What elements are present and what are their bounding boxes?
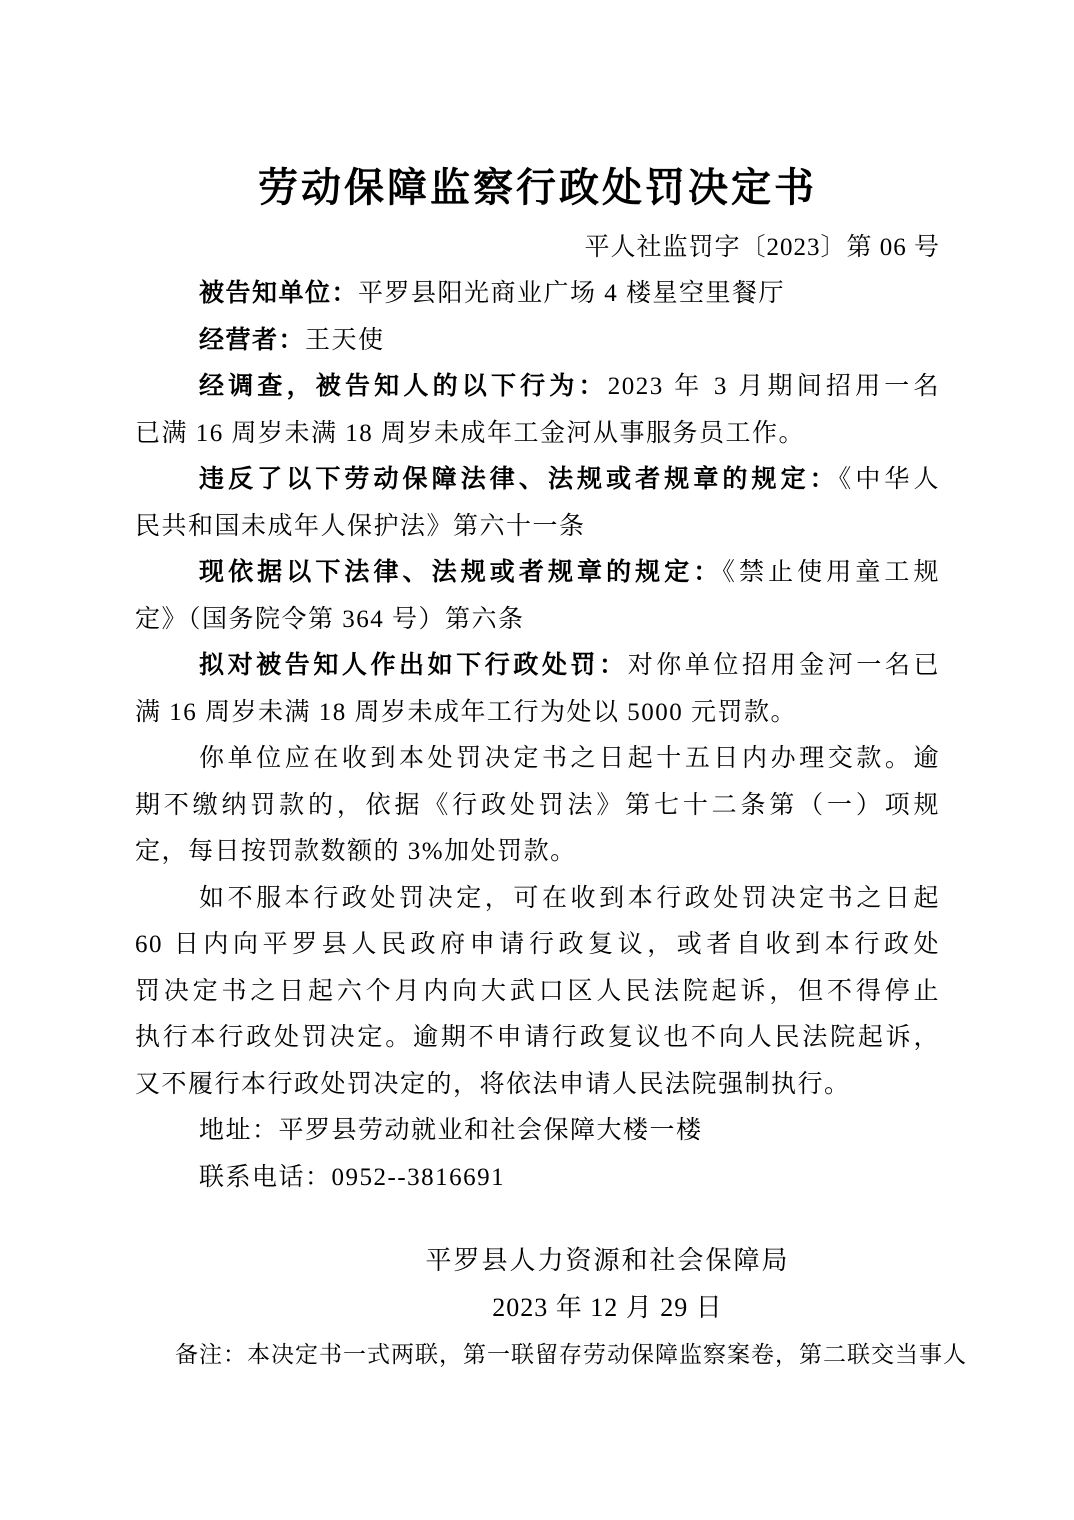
body-line-text: 定，每日按罚款数额的 3%加处罚款。 [135,838,577,865]
body-line-text: 《中华人 [839,466,940,493]
body-line-text: 已满 16 周岁未满 18 周岁未成年工金河从事服务员工作。 [135,420,805,447]
body-line: 如不服本行政处罚决定，可在收到本行政处罚决定书之日起 [135,876,940,923]
body-line: 地址：平罗县劳动就业和社会保障大楼一楼 [135,1108,940,1155]
body-line: 经营者：王天使 [135,318,940,365]
body-line-label: 违反了以下劳动保障法律、法规或者规章的规定： [199,466,839,493]
body-line: 罚决定书之日起六个月内向大武口区人民法院起诉，但不得停止 [135,969,940,1016]
body-line-text: 平罗县阳光商业广场 4 楼星空里餐厅 [358,280,785,307]
body-line: 定，每日按罚款数额的 3%加处罚款。 [135,829,940,876]
body-line-text: 期不缴纳罚款的，依据《行政处罚法》第七十二条第（一）项规 [135,792,940,819]
body-line-text: 又不履行本行政处罚决定的，将依法申请人民法院强制执行。 [135,1071,851,1098]
issuing-agency: 平罗县人力资源和社会保障局 [275,1237,940,1284]
body-line: 60 日内向平罗县人民政府申请行政复议，或者自收到本行政处 [135,922,940,969]
body-line-text: 定》（国务院令第 364 号）第六条 [135,606,525,633]
body-line: 被告知单位：平罗县阳光商业广场 4 楼星空里餐厅 [135,271,940,318]
body-line: 期不缴纳罚款的，依据《行政处罚法》第七十二条第（一）项规 [135,783,940,830]
body-line: 执行本行政处罚决定。逾期不申请行政复议也不向人民法院起诉， [135,1015,940,1062]
body-line-text: 60 日内向平罗县人民政府申请行政复议，或者自收到本行政处 [135,931,940,958]
body-line: 现依据以下法律、法规或者规章的规定：《禁止使用童工规 [135,550,940,597]
body-line: 民共和国未成年人保护法》第六十一条 [135,504,940,551]
body-line: 定》（国务院令第 364 号）第六条 [135,597,940,644]
body-line-text: 罚决定书之日起六个月内向大武口区人民法院起诉，但不得停止 [135,978,940,1005]
body-line-text: 2023 年 3 月期间招用一名 [608,373,940,400]
body-line-text: 对你单位招用金河一名已 [628,652,940,679]
body-line: 满 16 周岁未满 18 周岁未成年工行为处以 5000 元罚款。 [135,690,940,737]
document-number: 平人社监罚字〔2023〕第 06 号 [135,224,940,271]
document-page: 劳动保障监察行政处罚决定书 平人社监罚字〔2023〕第 06 号 被告知单位：平… [0,0,1074,1520]
body-line: 已满 16 周岁未满 18 周岁未成年工金河从事服务员工作。 [135,411,940,458]
body-line-label: 经调查，被告知人的以下行为： [199,373,608,400]
body-line: 经调查，被告知人的以下行为：2023 年 3 月期间招用一名 [135,364,940,411]
body-line-label: 拟对被告知人作出如下行政处罚： [199,652,628,679]
signature-block: 平罗县人力资源和社会保障局 2023 年 12 月 29 日 [275,1237,940,1331]
body-line-text: 民共和国未成年人保护法》第六十一条 [135,513,586,540]
body-line-label: 现依据以下法律、法规或者规章的规定： [199,559,722,586]
body-line-text: 执行本行政处罚决定。逾期不申请行政复议也不向人民法院起诉， [135,1024,940,1051]
body-line-text: 如不服本行政处罚决定，可在收到本行政处罚决定书之日起 [199,885,940,912]
body-line: 联系电话：0952--3816691 [135,1155,940,1202]
body-line-text: 地址：平罗县劳动就业和社会保障大楼一楼 [199,1117,703,1144]
document-body: 被告知单位：平罗县阳光商业广场 4 楼星空里餐厅经营者：王天使经调查，被告知人的… [135,271,940,1201]
body-line-text: 满 16 周岁未满 18 周岁未成年工行为处以 5000 元罚款。 [135,699,797,726]
body-line: 又不履行本行政处罚决定的，将依法申请人民法院强制执行。 [135,1062,940,1109]
body-line-text: 你单位应在收到本处罚决定书之日起十五日内办理交款。逾 [199,745,940,772]
document-title: 劳动保障监察行政处罚决定书 [135,162,940,214]
issue-date: 2023 年 12 月 29 日 [275,1284,940,1331]
body-line-label: 被告知单位： [199,280,358,307]
body-line-text: 王天使 [305,327,385,354]
body-line-label: 经营者： [199,327,305,354]
body-line-text: 《禁止使用童工规 [722,559,940,586]
body-line: 你单位应在收到本处罚决定书之日起十五日内办理交款。逾 [135,736,940,783]
footnote: 备注：本决定书一式两联，第一联留存劳动保障监察案卷，第二联交当事人 [135,1331,940,1378]
body-line-text: 联系电话：0952--3816691 [199,1164,505,1191]
body-line: 违反了以下劳动保障法律、法规或者规章的规定：《中华人 [135,457,940,504]
body-line: 拟对被告知人作出如下行政处罚：对你单位招用金河一名已 [135,643,940,690]
